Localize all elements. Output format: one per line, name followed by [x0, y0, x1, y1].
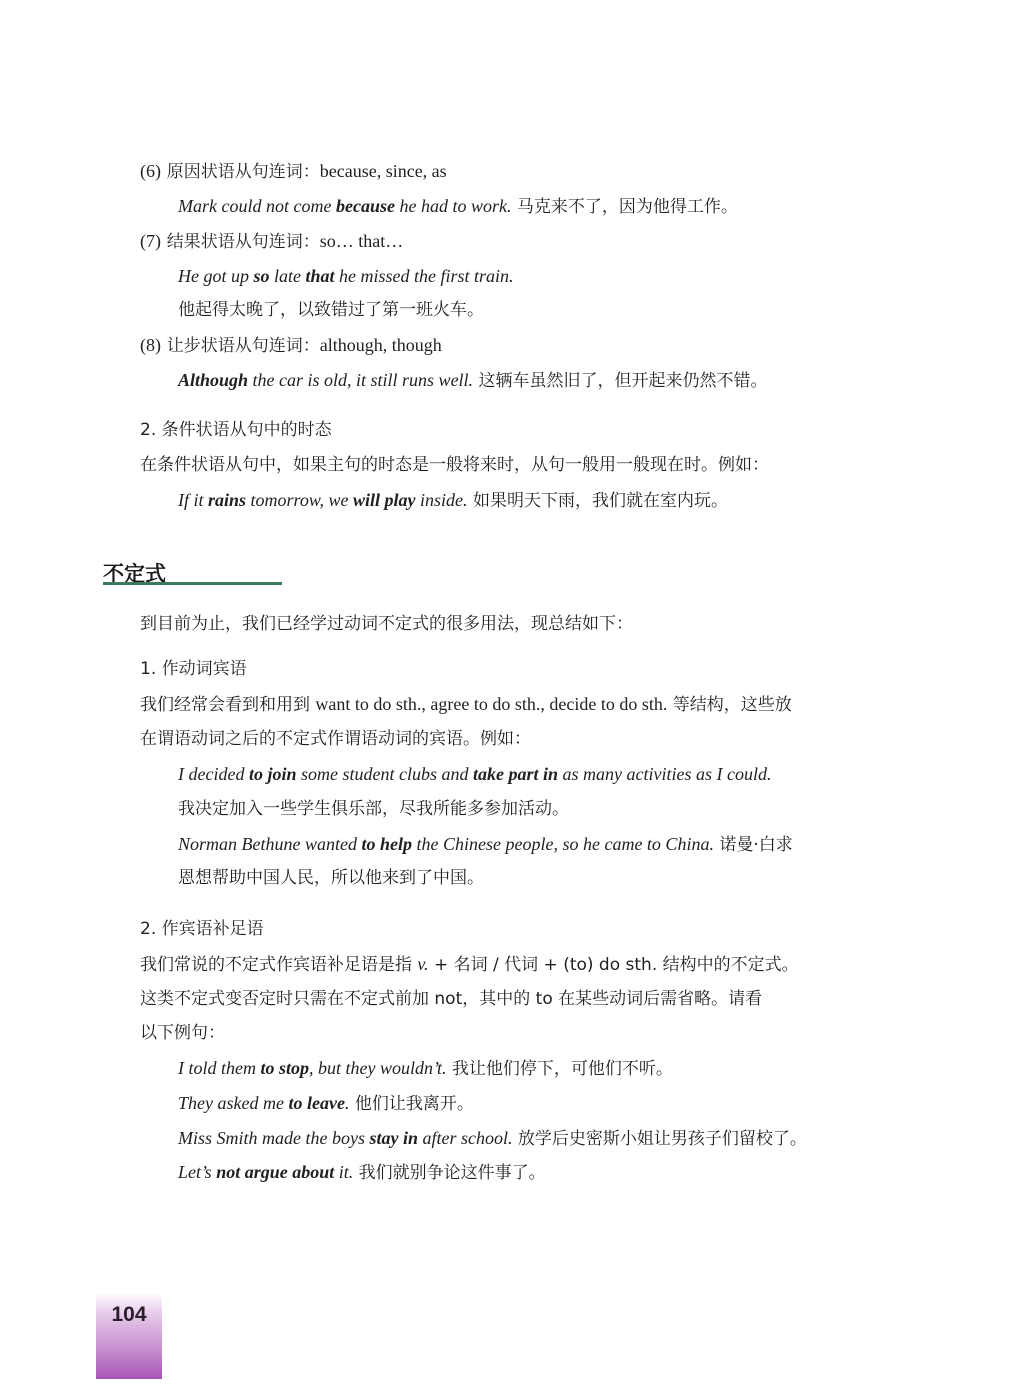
- item-8-example: Although the car is old, it still runs w…: [178, 368, 767, 393]
- example-en: I decided to join some student clubs and…: [178, 764, 771, 784]
- example-en: He got up so late that he missed the fir…: [178, 266, 514, 286]
- heading-zh: 原因状语从句连词：: [167, 162, 320, 182]
- item-7-heading: (7) 结果状语从句连词：so… that…: [140, 229, 403, 254]
- example-en: They asked me to leave.: [178, 1093, 349, 1113]
- item-7-example: He got up so late that he missed the fir…: [178, 264, 514, 289]
- example-translation: 如果明天下雨，我们就在室内玩。: [468, 491, 728, 511]
- object-example-1: I decided to join some student clubs and…: [178, 762, 771, 787]
- item-number: (7): [140, 231, 161, 251]
- example-en: I told them to stop, but they wouldn’t.: [178, 1058, 447, 1078]
- section-underline: [103, 582, 282, 585]
- item-number: (8): [140, 335, 161, 355]
- object-body-line-1: 我们经常会看到和用到 want to do sth., agree to do …: [140, 692, 792, 717]
- complement-example-4: Let’s not argue about it. 我们就别争论这件事了。: [178, 1160, 546, 1185]
- tense-heading: 2. 条件状语从句中的时态: [140, 418, 332, 442]
- object-body-line-2: 在谓语动词之后的不定式作谓语动词的宾语。例如：: [140, 727, 531, 751]
- item-7-translation: 他起得太晚了，以致错过了第一班火车。: [178, 298, 484, 322]
- tense-example: If it rains tomorrow, we will play insid…: [178, 488, 728, 513]
- example-translation: 这辆车虽然旧了，但开起来仍然不错。: [473, 371, 767, 391]
- complement-example-2: They asked me to leave. 他们让我离开。: [178, 1091, 474, 1116]
- object-example-2: Norman Bethune wanted to help the Chines…: [178, 832, 793, 857]
- example-translation: 我让他们停下，可他们不听。: [447, 1059, 673, 1079]
- example-translation: 马克来不了，因为他得工作。: [511, 197, 737, 217]
- item-8-heading: (8) 让步状语从句连词：although, though: [140, 333, 442, 358]
- heading-en: because, since, as: [320, 161, 447, 181]
- complement-example-1: I told them to stop, but they wouldn’t. …: [178, 1056, 673, 1081]
- example-en: Mark could not come because he had to wo…: [178, 196, 511, 216]
- complement-heading: 2. 作宾语补足语: [140, 917, 264, 941]
- example-translation: 他起得太晚了，以致错过了第一班火车。: [178, 300, 484, 320]
- example-en: Miss Smith made the boys stay in after s…: [178, 1128, 513, 1148]
- object-heading: 1. 作动词宾语: [140, 657, 247, 681]
- page-number: 104: [96, 1303, 162, 1327]
- example-translation: 我们就别争论这件事了。: [353, 1163, 545, 1183]
- item-number: (6): [140, 161, 161, 181]
- example-en: If it rains tomorrow, we will play insid…: [178, 490, 468, 510]
- object-example-2-translation: 恩想帮助中国人民，所以他来到了中国。: [178, 866, 484, 890]
- complement-example-3: Miss Smith made the boys stay in after s…: [178, 1126, 807, 1151]
- example-en: Although the car is old, it still runs w…: [178, 370, 473, 390]
- heading-zh: 让步状语从句连词：: [167, 336, 320, 356]
- item-6-example: Mark could not come because he had to wo…: [178, 194, 738, 219]
- complement-body-line-1: 我们常说的不定式作宾语补足语是指 v. + 名词 / 代词 + (to) do …: [140, 952, 799, 977]
- page-number-tab: 104: [96, 1293, 162, 1379]
- example-en: Let’s not argue about it.: [178, 1162, 353, 1182]
- example-en: Norman Bethune wanted to help the Chines…: [178, 834, 714, 854]
- textbook-page: (6) 原因状语从句连词：because, since, as Mark cou…: [0, 0, 1024, 1400]
- heading-en: so… that…: [320, 231, 404, 251]
- infinitive-intro: 到目前为止，我们已经学过动词不定式的很多用法，现总结如下：: [140, 612, 633, 636]
- object-example-1-translation: 我决定加入一些学生俱乐部，尽我所能多参加活动。: [178, 797, 569, 821]
- example-translation: 他们让我离开。: [349, 1094, 473, 1114]
- example-translation: 诺曼·白求: [714, 835, 793, 855]
- complement-body-line-3: 以下例句：: [140, 1021, 225, 1045]
- heading-zh: 结果状语从句连词：: [167, 232, 320, 252]
- item-6-heading: (6) 原因状语从句连词：because, since, as: [140, 159, 447, 184]
- example-translation: 放学后史密斯小姐让男孩子们留校了。: [513, 1129, 807, 1149]
- heading-en: although, though: [320, 335, 442, 355]
- tense-body: 在条件状语从句中，如果主句的时态是一般将来时，从句一般用一般现在时。例如：: [140, 453, 769, 477]
- complement-body-line-2: 这类不定式变否定时只需在不定式前加 not，其中的 to 在某些动词后需省略。请…: [140, 987, 762, 1011]
